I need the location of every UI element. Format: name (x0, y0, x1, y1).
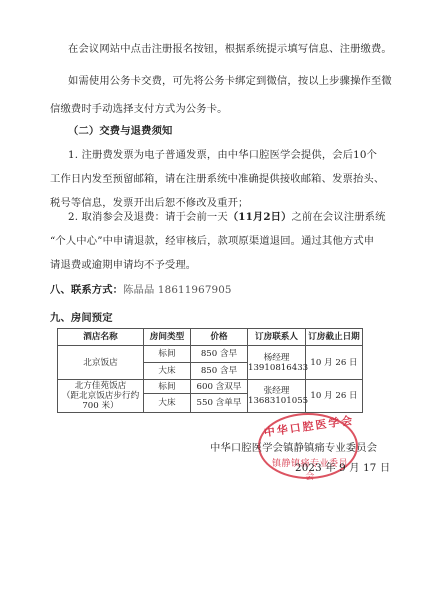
registration-line-2b: 信缴费时手动选择支付方式为公务卡。 (50, 102, 228, 116)
fees-item-2a: 2. 取消参会及退费：请于会前一天（11月2日）之前在会议注册系统 (68, 210, 386, 224)
hotel-name-line-1: 北方佳苑饭店 (58, 381, 143, 391)
hotel-contact: 杨经理 13910816433 (248, 346, 306, 380)
header-room-type: 房间类型 (144, 329, 191, 346)
header-price: 价格 (191, 329, 248, 346)
room-type: 大床 (144, 394, 191, 413)
contact-name: 张经理 (248, 386, 305, 396)
booking-deadline: 10 月 26 日 (306, 346, 363, 380)
booking-deadline: 10 月 26 日 (306, 380, 363, 413)
signature-org: 中华口腔医学会镇静镇痛专业委员会 (210, 441, 377, 455)
room-price: 550 含单早 (191, 394, 248, 413)
fees-item-2b: “个人中心”中申请退款，经审核后，款项原渠道退回。通过其他方式申 (50, 234, 374, 248)
rooms-table: 酒店名称 房间类型 价格 订房联系人 订房截止日期 北京饭店 标间 850 含早… (57, 328, 363, 413)
registration-line-2a: 如需使用公务卡交费，可先将公务卡绑定到微信，按以上步骤操作至微 (68, 74, 392, 88)
table-row: 北方佳苑饭店 （距北京饭店步行约 700 米） 标间 600 含双早 张经理 1… (58, 380, 363, 394)
fees-heading: （二）交费与退费须知 (68, 124, 172, 138)
contact-line: 八、联系方式：陈晶晶 18611967905 (50, 283, 232, 297)
header-hotel: 酒店名称 (58, 329, 144, 346)
fees-item-2a-post: 之前在会议注册系统 (292, 211, 386, 223)
fees-item-1a: 1. 注册费发票为电子普通发票，由中华口腔医学会提供，会后10个 (68, 148, 377, 162)
contact-name: 杨经理 (248, 353, 305, 363)
contact-label: 八、联系方式： (50, 284, 123, 296)
fees-item-1c: 税号等信息，发票开出后恕不修改及重开； (50, 196, 249, 210)
contact-phone: 13683101055 (248, 396, 305, 406)
table-row: 北京饭店 标间 850 含早 杨经理 13910816433 10 月 26 日 (58, 346, 363, 363)
hotel-name-line-2: （距北京饭店步行约 (58, 391, 143, 401)
contact-phone: 13910816433 (248, 363, 305, 373)
contact-name: 陈晶晶 (123, 284, 154, 296)
signature-date: 2023 年 9 月 17 日 (295, 461, 390, 475)
registration-line-1: 在会议网站中点击注册报名按钮，根据系统提示填写信息、注册缴费。 (68, 42, 392, 56)
hotel-contact: 张经理 13683101055 (248, 380, 306, 413)
room-type: 大床 (144, 363, 191, 380)
room-type: 标间 (144, 380, 191, 394)
table-header-row: 酒店名称 房间类型 价格 订房联系人 订房截止日期 (58, 329, 363, 346)
rooms-heading: 九、房间预定 (50, 311, 113, 325)
hotel-name-line-3: 700 米） (58, 401, 143, 411)
hotel-name: 北京饭店 (58, 346, 144, 380)
room-type: 标间 (144, 346, 191, 363)
room-price: 600 含双早 (191, 380, 248, 394)
room-price: 850 含早 (191, 363, 248, 380)
fees-item-2c: 请退费或逾期申请均不予受理。 (50, 258, 196, 272)
fees-item-1b: 工作日内发至预留邮箱，请在注册系统中准确提供接收邮箱、发票抬头、 (50, 172, 384, 186)
header-contact: 订房联系人 (248, 329, 306, 346)
hotel-name: 北方佳苑饭店 （距北京饭店步行约 700 米） (58, 380, 144, 413)
contact-phone: 18611967905 (158, 284, 232, 296)
fees-item-2a-bold: （11月2日） (228, 211, 292, 223)
room-price: 850 含早 (191, 346, 248, 363)
header-deadline: 订房截止日期 (306, 329, 363, 346)
fees-item-2a-pre: 2. 取消参会及退费：请于会前一天 (68, 211, 228, 223)
